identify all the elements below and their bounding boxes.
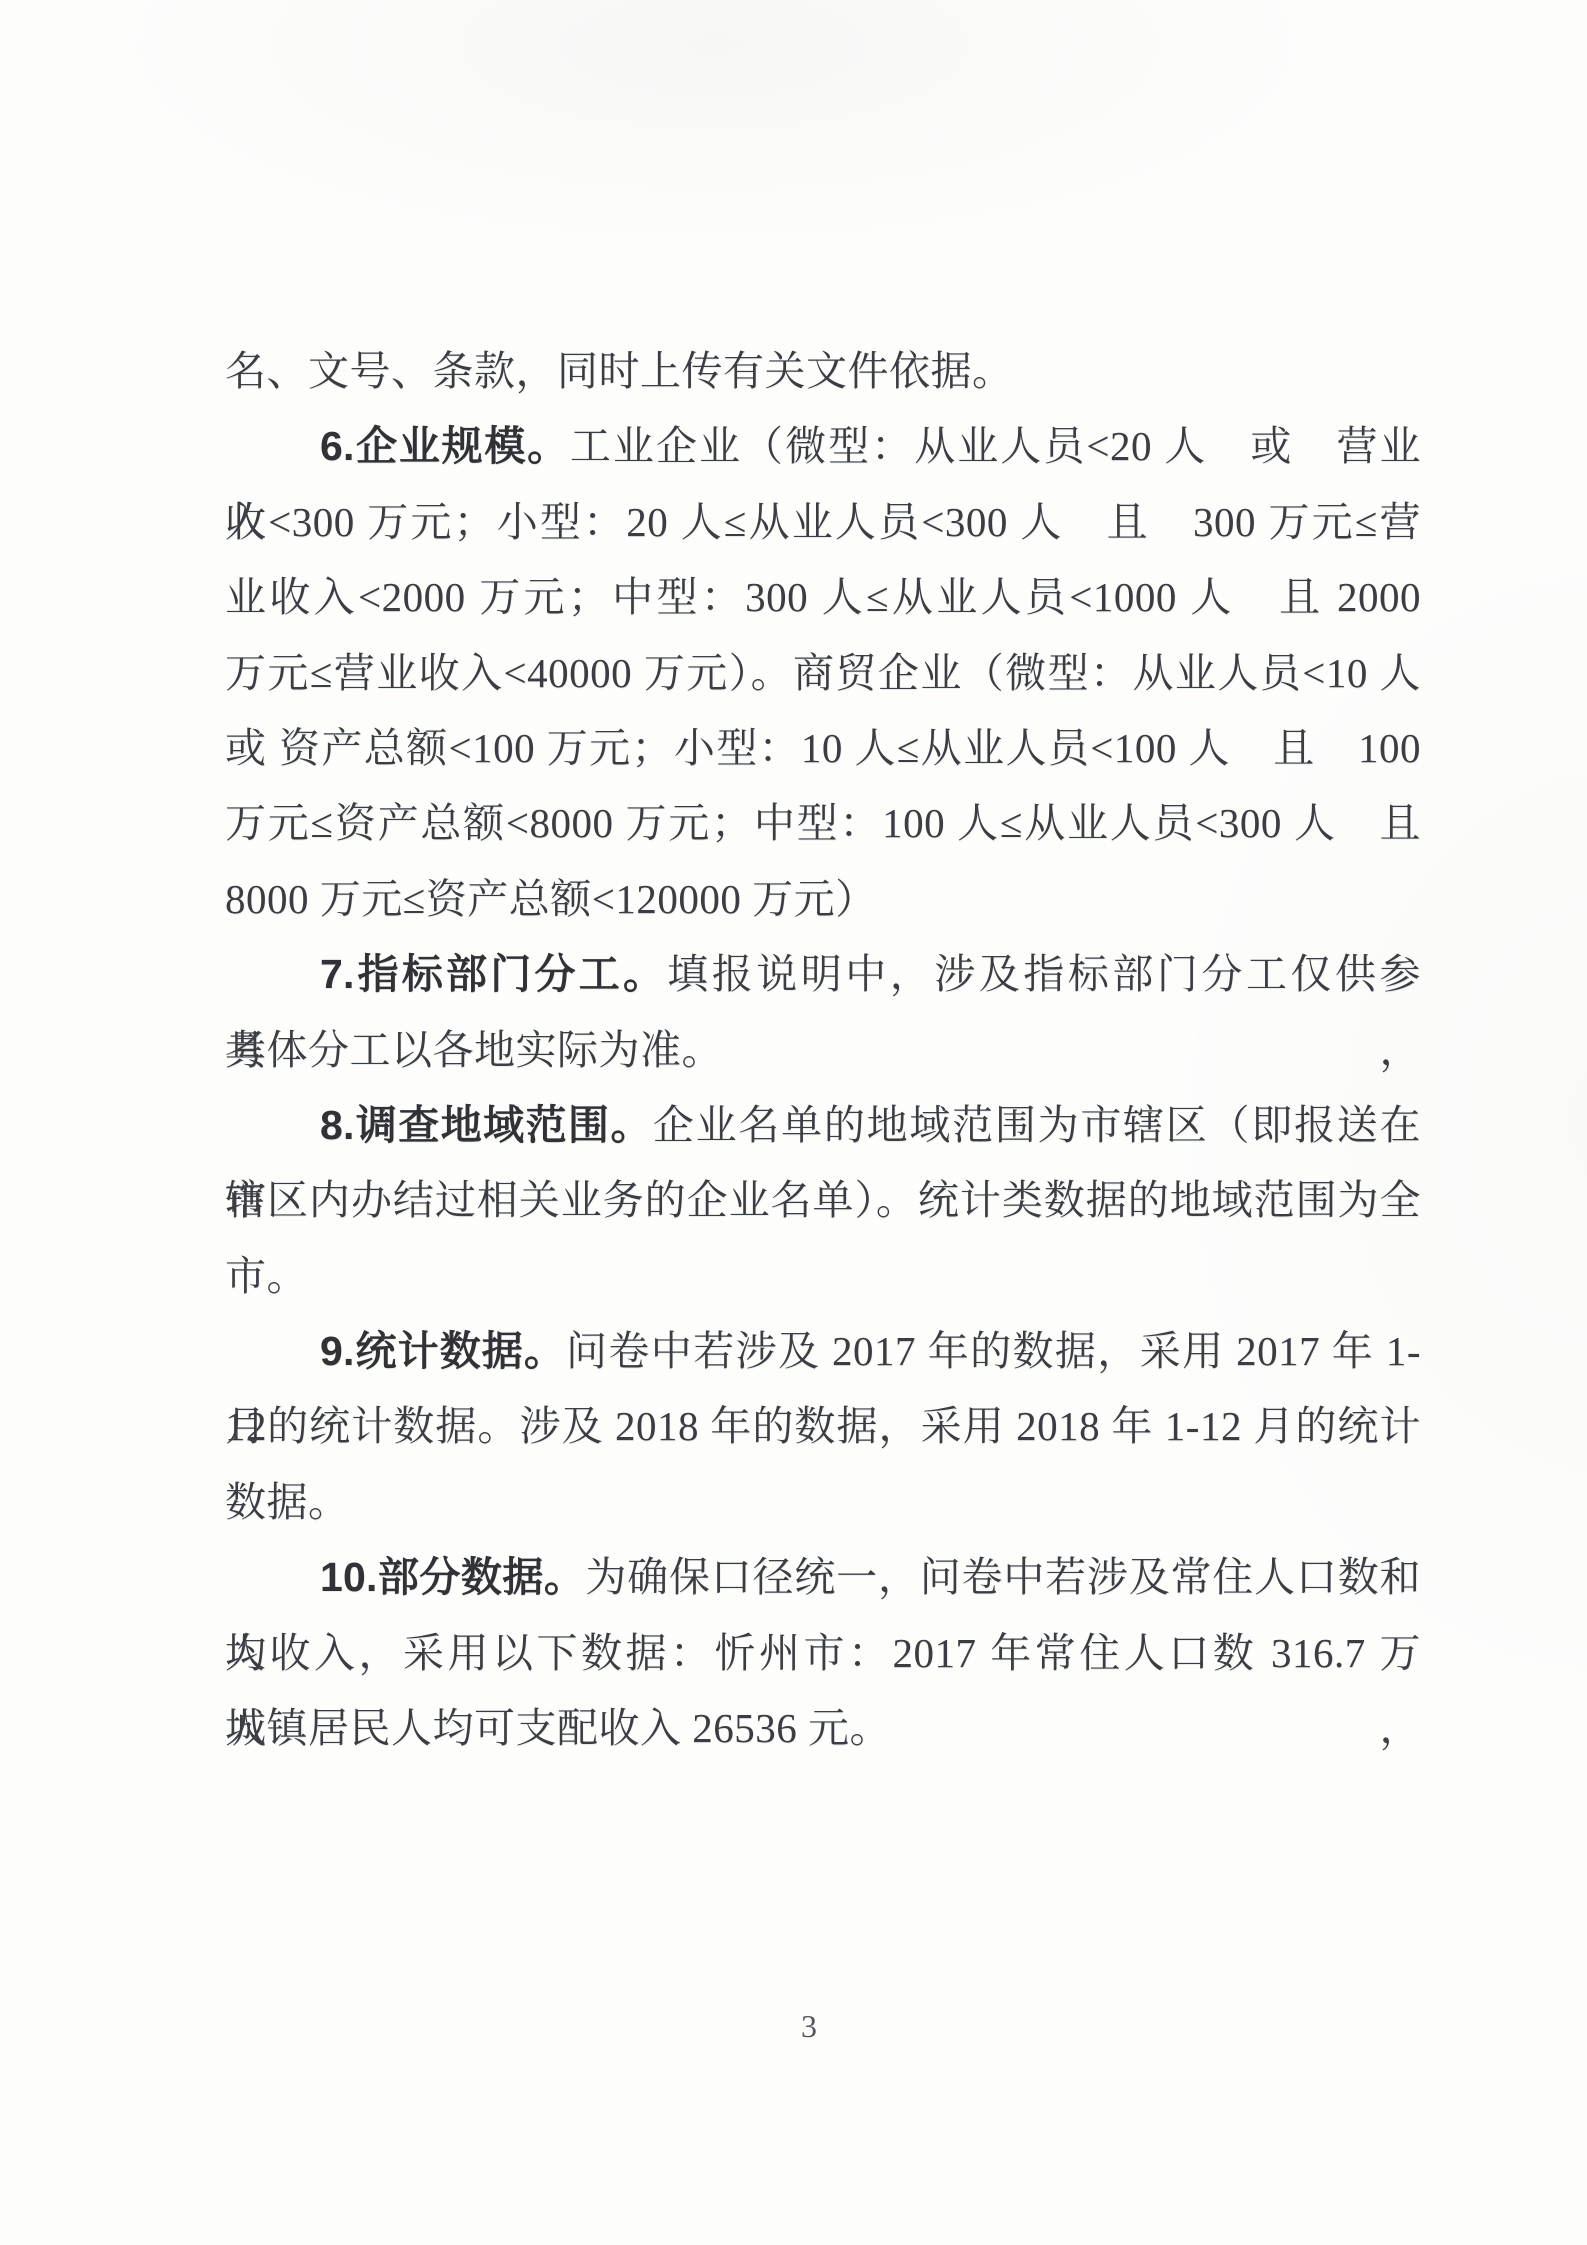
section-heading: 6.企业规模。 bbox=[320, 423, 570, 469]
text-line: 9.统计数据。问卷中若涉及 2017 年的数据，采用 2017 年 1-12 bbox=[225, 1314, 1421, 1389]
text-line: 均收入，采用以下数据：忻州市：2017 年常住人口数 316.7 万人， bbox=[225, 1616, 1421, 1691]
text-line: 或 资产总额<100 万元；小型：10 人≤从业人员<100 人 且 100 bbox=[225, 711, 1421, 786]
page-number: 3 bbox=[789, 2008, 829, 2045]
text-line: 数据。 bbox=[225, 1465, 1421, 1540]
text-line: 辖区内办结过相关业务的企业名单）。统计类数据的地域范围为全 bbox=[225, 1163, 1421, 1238]
document-body: 名、文号、条款，同时上传有关文件依据。6.企业规模。工业企业（微型：从业人员<2… bbox=[225, 334, 1421, 1766]
text-line: 业收入<2000 万元；中型：300 人≤从业人员<1000 人 且 2000 bbox=[225, 560, 1421, 635]
section-heading: 10.部分数据。 bbox=[320, 1554, 585, 1600]
text-line: 6.企业规模。工业企业（微型：从业人员<20 人 或 营业收 bbox=[225, 409, 1421, 484]
section-heading: 7.指标部门分工。 bbox=[320, 951, 667, 997]
text-line: 月的统计数据。涉及 2018 年的数据，采用 2018 年 1-12 月的统计 bbox=[225, 1389, 1421, 1464]
text-line: 万元≤营业收入<40000 万元）。商贸企业（微型：从业人员<10 人 bbox=[225, 636, 1421, 711]
document-page: 名、文号、条款，同时上传有关文件依据。6.企业规模。工业企业（微型：从业人员<2… bbox=[0, 0, 1587, 2245]
text-line: 8.调查地域范围。企业名单的地域范围为市辖区（即报送在市 bbox=[225, 1088, 1421, 1163]
section-heading: 9.统计数据。 bbox=[320, 1328, 566, 1374]
text-line: 10.部分数据。为确保口径统一，问卷中若涉及常住人口数和人 bbox=[225, 1540, 1421, 1615]
text-line: 8000 万元≤资产总额<120000 万元） bbox=[225, 862, 1421, 937]
text-line: 入<300 万元；小型：20 人≤从业人员<300 人 且 300 万元≤营 bbox=[225, 485, 1421, 560]
text-line: 名、文号、条款，同时上传有关文件依据。 bbox=[225, 334, 1421, 409]
text-line: 万元≤资产总额<8000 万元；中型：100 人≤从业人员<300 人 且 bbox=[225, 786, 1421, 861]
text-line: 市。 bbox=[225, 1239, 1421, 1314]
section-heading: 8.调查地域范围。 bbox=[320, 1102, 653, 1148]
text-line: 7.指标部门分工。填报说明中，涉及指标部门分工仅供参考， bbox=[225, 937, 1421, 1012]
